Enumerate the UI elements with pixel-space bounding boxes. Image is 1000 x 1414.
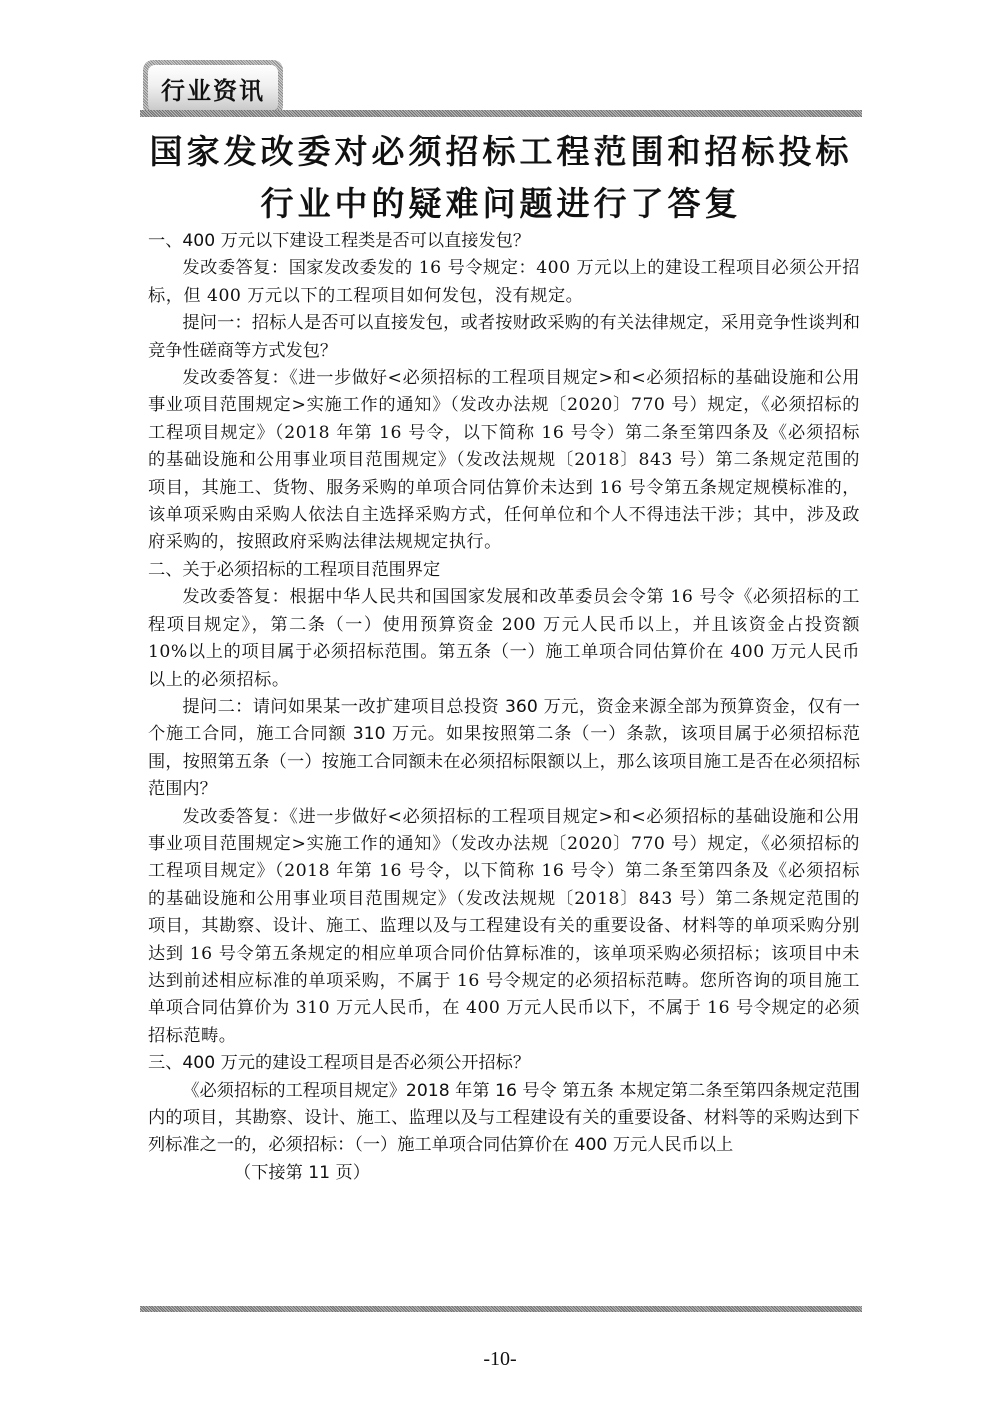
question-1-followup: 提问一：招标人是否可以直接发包，或者按财政采购的有关法律规定，采用竞争性谈判和竞… bbox=[148, 310, 860, 365]
section-badge-label: 行业资讯 bbox=[148, 65, 278, 111]
question-2-followup: 提问二：请问如果某一改扩建项目总投资 360 万元，资金来源全部为预算资金，仅有… bbox=[148, 694, 860, 804]
header-divider bbox=[140, 110, 862, 117]
page-number: -10- bbox=[0, 1348, 1000, 1371]
question-1-heading: 一、400 万元以下建设工程类是否可以直接发包？ bbox=[148, 228, 860, 255]
question-3-answer: 《必须招标的工程项目规定》2018 年第 16 号令 第五条 本规定第二条至第四… bbox=[148, 1078, 860, 1160]
question-3-heading: 三、400 万元的建设工程项目是否必须公开招标？ bbox=[148, 1050, 860, 1077]
question-1-answer: 发改委答复：国家发改委发的 16 号令规定：400 万元以上的建设工程项目必须公… bbox=[148, 255, 860, 310]
article-title-line-1: 国家发改委对必须招标工程范围和招标投标 bbox=[140, 126, 862, 173]
question-2-answer: 发改委答复：根据中华人民共和国国家发展和改革委员会令第 16 号令《必须招标的工… bbox=[148, 584, 860, 694]
question-2-followup-answer: 发改委答复：《进一步做好<必须招标的工程项目规定>和<必须招标的基础设施和公用事… bbox=[148, 804, 860, 1051]
article-body: 一、400 万元以下建设工程类是否可以直接发包？ 发改委答复：国家发改委发的 1… bbox=[148, 228, 860, 1187]
continued-note: （下接第 11 页） bbox=[148, 1160, 860, 1187]
footer-divider bbox=[140, 1306, 862, 1312]
question-1-followup-answer: 发改委答复：《进一步做好<必须招标的工程项目规定>和<必须招标的基础设施和公用事… bbox=[148, 365, 860, 557]
article-title-line-2: 行业中的疑难问题进行了答复 bbox=[140, 178, 862, 225]
section-badge: 行业资讯 bbox=[143, 60, 283, 116]
question-2-heading: 二、关于必须招标的工程项目范围界定 bbox=[148, 557, 860, 584]
